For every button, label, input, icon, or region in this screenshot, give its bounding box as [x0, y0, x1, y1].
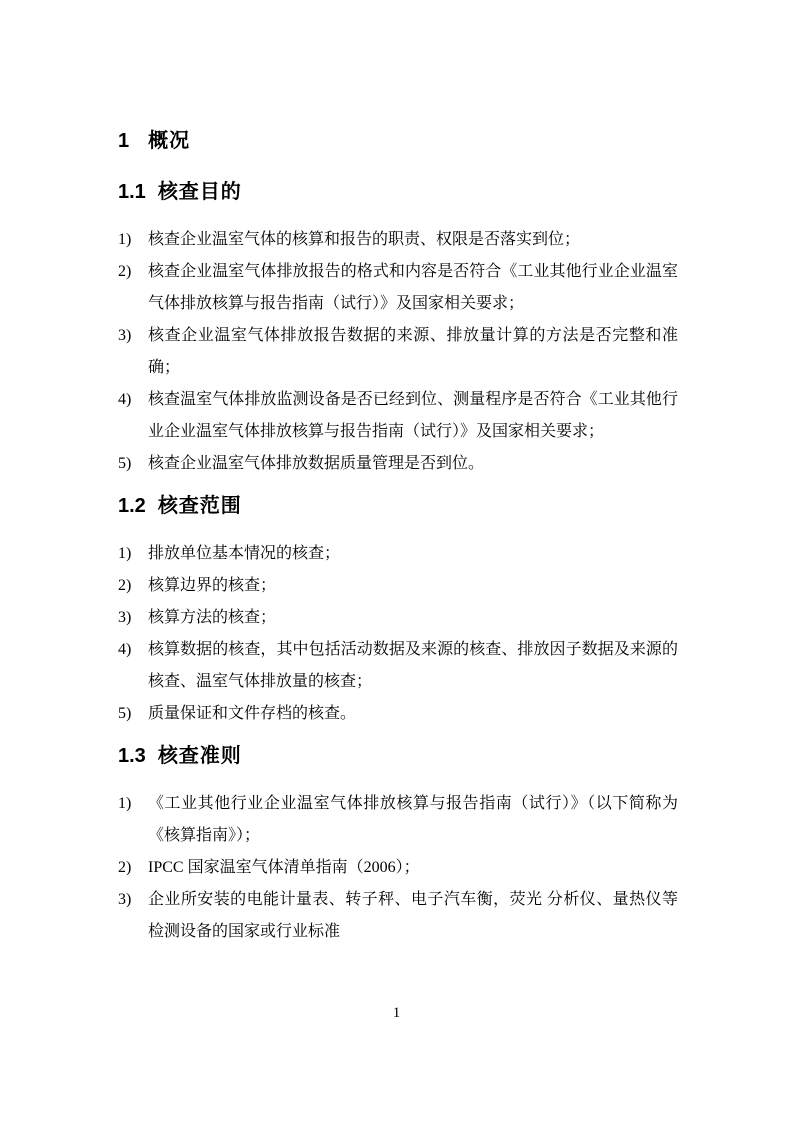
section-heading-1-1: 1.1核查目的 [118, 166, 678, 224]
section-heading-1-3: 1.3核查准则 [118, 730, 678, 788]
list-marker: 4) [118, 384, 131, 416]
list-item: 1)《工业其他行业企业温室气体排放核算与报告指南（试行）》（以下简称为《核算指南… [118, 788, 678, 852]
document-content: 1概况 1.1核查目的 1)核查企业温室气体的核算和报告的职责、权限是否落实到位… [118, 0, 678, 948]
list-item: 2)核算边界的核查； [118, 570, 678, 602]
list-marker: 1) [118, 224, 131, 256]
list-item: 5)质量保证和文件存档的核查。 [118, 698, 678, 730]
section-1-3-list: 1)《工业其他行业企业温室气体排放核算与报告指南（试行）》（以下简称为《核算指南… [118, 788, 678, 948]
chapter-number: 1 [118, 127, 129, 155]
list-text: 核查温室气体排放监测设备是否已经到位、测量程序是否符合《工业其他行业企业温室气体… [148, 391, 678, 440]
list-marker: 3) [118, 884, 131, 916]
section-1-1-list: 1)核查企业温室气体的核算和报告的职责、权限是否落实到位； 2)核查企业温室气体… [118, 224, 678, 480]
section-number: 1.1 [118, 178, 146, 206]
chapter-title: 概况 [148, 130, 190, 152]
list-text: 核算方法的核查； [148, 609, 276, 626]
list-text: 质量保证和文件存档的核查。 [148, 705, 356, 722]
list-text: 核查企业温室气体的核算和报告的职责、权限是否落实到位； [148, 231, 580, 248]
section-title: 核查目的 [158, 181, 242, 203]
list-marker: 2) [118, 570, 131, 602]
list-item: 1)核查企业温室气体的核算和报告的职责、权限是否落实到位； [118, 224, 678, 256]
list-marker: 1) [118, 788, 131, 820]
section-heading-1-2: 1.2核查范围 [118, 480, 678, 538]
list-marker: 3) [118, 602, 131, 634]
list-marker: 3) [118, 320, 131, 352]
list-text: 核查企业温室气体排放数据质量管理是否到位。 [148, 455, 484, 472]
list-marker: 1) [118, 538, 131, 570]
list-text: 核查企业温室气体排放报告的格式和内容是否符合《工业其他行业企业温室气体排放核算与… [148, 263, 678, 312]
list-marker: 5) [118, 698, 131, 730]
list-marker: 2) [118, 256, 131, 288]
list-marker: 5) [118, 448, 131, 480]
list-item: 3)核算方法的核查； [118, 602, 678, 634]
chapter-heading: 1概况 [118, 0, 678, 166]
list-item: 3)核查企业温室气体排放报告数据的来源、排放量计算的方法是否完整和准确； [118, 320, 678, 384]
list-item: 5)核查企业温室气体排放数据质量管理是否到位。 [118, 448, 678, 480]
list-item: 1)排放单位基本情况的核查； [118, 538, 678, 570]
list-text: 企业所安装的电能计量表、转子秤、电子汽车衡，荧光 分析仪、量热仪等检测设备的国家… [148, 891, 678, 940]
page-number: 1 [0, 1005, 793, 1021]
document-page: 1概况 1.1核查目的 1)核查企业温室气体的核算和报告的职责、权限是否落实到位… [0, 0, 793, 1122]
list-text: 《工业其他行业企业温室气体排放核算与报告指南（试行）》（以下简称为《核算指南》）… [148, 795, 678, 844]
section-number: 1.3 [118, 742, 146, 770]
section-title: 核查准则 [158, 745, 242, 767]
section-title: 核查范围 [158, 495, 242, 517]
list-item: 2)IPCC 国家温室气体清单指南（2006）； [118, 852, 678, 884]
list-marker: 4) [118, 634, 131, 666]
list-text: 核算边界的核查； [148, 577, 276, 594]
list-text: 核算数据的核查，其中包括活动数据及来源的核查、排放因子数据及来源的核查、温室气体… [148, 641, 678, 690]
section-number: 1.2 [118, 492, 146, 520]
list-marker: 2) [118, 852, 131, 884]
list-text: IPCC 国家温室气体清单指南（2006）； [148, 859, 420, 876]
list-item: 3)企业所安装的电能计量表、转子秤、电子汽车衡，荧光 分析仪、量热仪等检测设备的… [118, 884, 678, 948]
section-1-2-list: 1)排放单位基本情况的核查； 2)核算边界的核查； 3)核算方法的核查； 4)核… [118, 538, 678, 730]
list-text: 排放单位基本情况的核查； [148, 545, 340, 562]
list-text: 核查企业温室气体排放报告数据的来源、排放量计算的方法是否完整和准确； [148, 327, 678, 376]
list-item: 2)核查企业温室气体排放报告的格式和内容是否符合《工业其他行业企业温室气体排放核… [118, 256, 678, 320]
list-item: 4)核查温室气体排放监测设备是否已经到位、测量程序是否符合《工业其他行业企业温室… [118, 384, 678, 448]
list-item: 4)核算数据的核查，其中包括活动数据及来源的核查、排放因子数据及来源的核查、温室… [118, 634, 678, 698]
